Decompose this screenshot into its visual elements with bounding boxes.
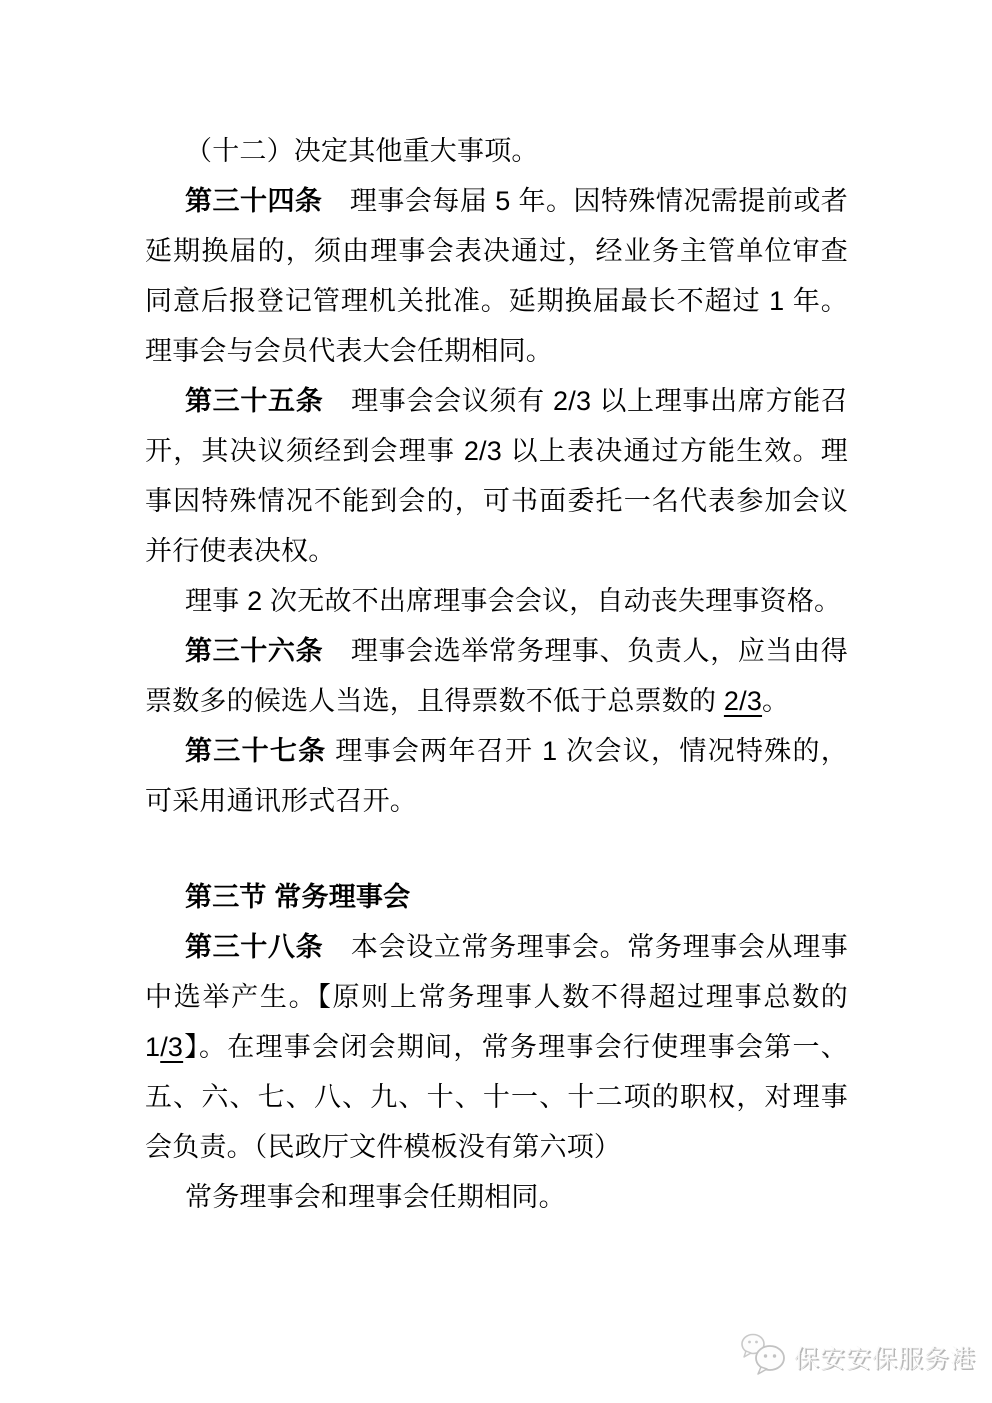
- section-3-heading-text: 第三节 常务理事会: [185, 882, 410, 912]
- section-3-heading: 第三节 常务理事会: [145, 872, 848, 922]
- article-36-period: 。: [762, 686, 789, 716]
- article-36-number: 第三十六条: [185, 636, 323, 666]
- article-34-number: 第三十四条: [185, 186, 322, 216]
- article-37-number: 第三十七条: [185, 736, 326, 766]
- clause-12-paragraph: （十二）决定其他重大事项。: [145, 126, 848, 176]
- watermark-text: 保安安保服务港: [794, 1339, 976, 1375]
- standing-council-term-paragraph: 常务理事会和理事会任期相同。: [145, 1172, 848, 1222]
- article-38-paragraph: 第三十八条 本会设立常务理事会。常务理事会从理事中选举产生。【原则上常务理事人数…: [145, 922, 848, 1172]
- wechat-watermark: 保安安保服务港: [740, 1332, 976, 1381]
- article-38-fraction-underlined: /3: [160, 1032, 183, 1062]
- document-page: （十二）决定其他重大事项。 第三十四条 理事会每届 5 年。因特殊情况需提前或者…: [0, 0, 992, 1403]
- article-34-paragraph: 第三十四条 理事会每届 5 年。因特殊情况需提前或者延期换届的，须由理事会表决通…: [145, 176, 848, 376]
- article-36-paragraph: 第三十六条 理事会选举常务理事、负责人，应当由得票数多的候选人当选，且得票数不低…: [145, 626, 848, 726]
- wechat-logo-icon: [740, 1332, 788, 1381]
- standing-council-term-text: 常务理事会和理事会任期相同。: [185, 1182, 566, 1212]
- document-body: （十二）决定其他重大事项。 第三十四条 理事会每届 5 年。因特殊情况需提前或者…: [145, 126, 848, 1222]
- article-38-number: 第三十八条: [185, 932, 323, 962]
- article-37-paragraph: 第三十七条 理事会两年召开 1 次会议，情况特殊的，可采用通讯形式召开。: [145, 726, 848, 826]
- clause-12-text: （十二）决定其他重大事项。: [185, 136, 539, 166]
- director-absence-paragraph: 理事 2 次无故不出席理事会会议，自动丧失理事资格。: [145, 576, 848, 626]
- article-35-paragraph: 第三十五条 理事会会议须有 2/3 以上理事出席方能召开，其决议须经到会理事 2…: [145, 376, 848, 576]
- article-36-fraction-underlined: 2/3: [724, 686, 762, 716]
- article-38-text-2: 】。在理事会闭会期间，常务理事会行使理事会第一、五、六、七、八、九、十、十一、十…: [145, 1032, 848, 1162]
- article-35-number: 第三十五条: [185, 386, 323, 416]
- director-absence-text: 理事 2 次无故不出席理事会会议，自动丧失理事资格。: [185, 586, 841, 616]
